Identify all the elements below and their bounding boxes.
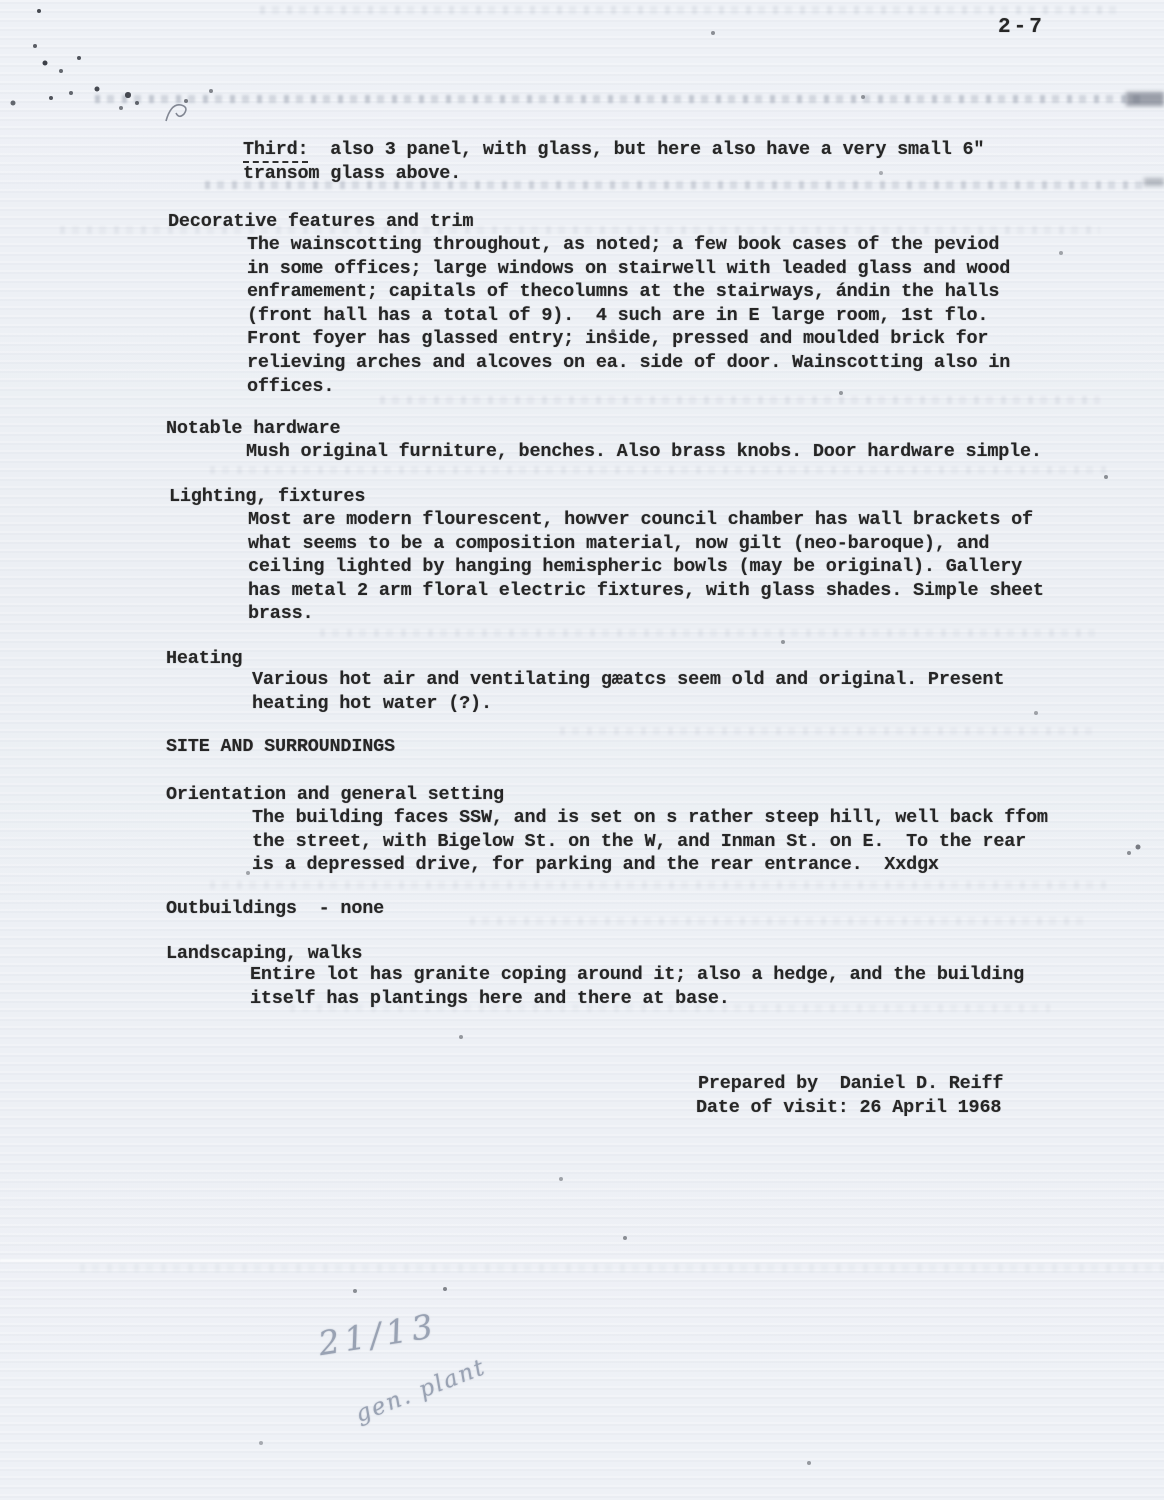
heading-decorative-features: Decorative features and trim xyxy=(168,210,473,234)
third-line2: transom glass above. xyxy=(243,163,461,184)
ink-scribble xyxy=(163,97,195,127)
heading-orientation: Orientation and general setting xyxy=(166,783,504,807)
heading-notable-hardware: Notable hardware xyxy=(166,417,340,441)
ghost-bleedthrough-band xyxy=(210,466,1110,474)
body-heating: Various hot air and ventilating gæatcs s… xyxy=(252,668,1004,715)
para-third: Third: also 3 panel, with glass, but her… xyxy=(243,138,984,185)
scan-fold-line xyxy=(0,1259,1164,1262)
ghost-bleedthrough-band xyxy=(470,917,1090,925)
body-decorative-features: The wainscotting throughout, as noted; a… xyxy=(247,233,1010,398)
body-notable-hardware: Mush original furniture, benches. Also b… xyxy=(246,440,1042,464)
ink-speckles xyxy=(0,0,2,2)
body-orientation: The building faces SSW, and is set on s … xyxy=(252,806,1048,877)
body-landscaping-walks: Entire lot has granite coping around it;… xyxy=(250,963,1024,1010)
ghost-bleedthrough-band xyxy=(95,95,1145,103)
scanned-document-page: 2-7 Third: also 3 panel, with glass, but… xyxy=(0,0,1164,1500)
heading-heating: Heating xyxy=(166,647,242,671)
ghost-bleedthrough-band xyxy=(320,629,1100,637)
third-label: Third: xyxy=(243,139,308,163)
ghost-bleedthrough-band xyxy=(210,881,1110,889)
ghost-bleedthrough-band xyxy=(80,1264,1164,1272)
footer-date-of-visit: Date of visit: 26 April 1968 xyxy=(696,1096,1001,1120)
body-lighting-fixtures: Most are modern flourescent, howver coun… xyxy=(248,508,1044,626)
page-number: 2-7 xyxy=(998,16,1045,40)
ghost-bleedthrough-band xyxy=(560,727,1100,735)
handwritten-fraction: 21/13 xyxy=(316,1306,441,1363)
ink-smudge xyxy=(1144,178,1164,186)
heading-outbuildings: Outbuildings - none xyxy=(166,897,384,921)
third-line1-rest: also 3 panel, with glass, but here also … xyxy=(308,139,984,160)
ink-smudge xyxy=(1126,92,1164,106)
handwritten-note: gen. plant xyxy=(352,1354,490,1428)
heading-site-and-surroundings: SITE AND SURROUNDINGS xyxy=(166,735,395,759)
heading-lighting-fixtures: Lighting, fixtures xyxy=(169,485,365,509)
ghost-bleedthrough-band xyxy=(260,6,1120,14)
footer-prepared-by: Prepared by Daniel D. Reiff xyxy=(698,1072,1003,1096)
